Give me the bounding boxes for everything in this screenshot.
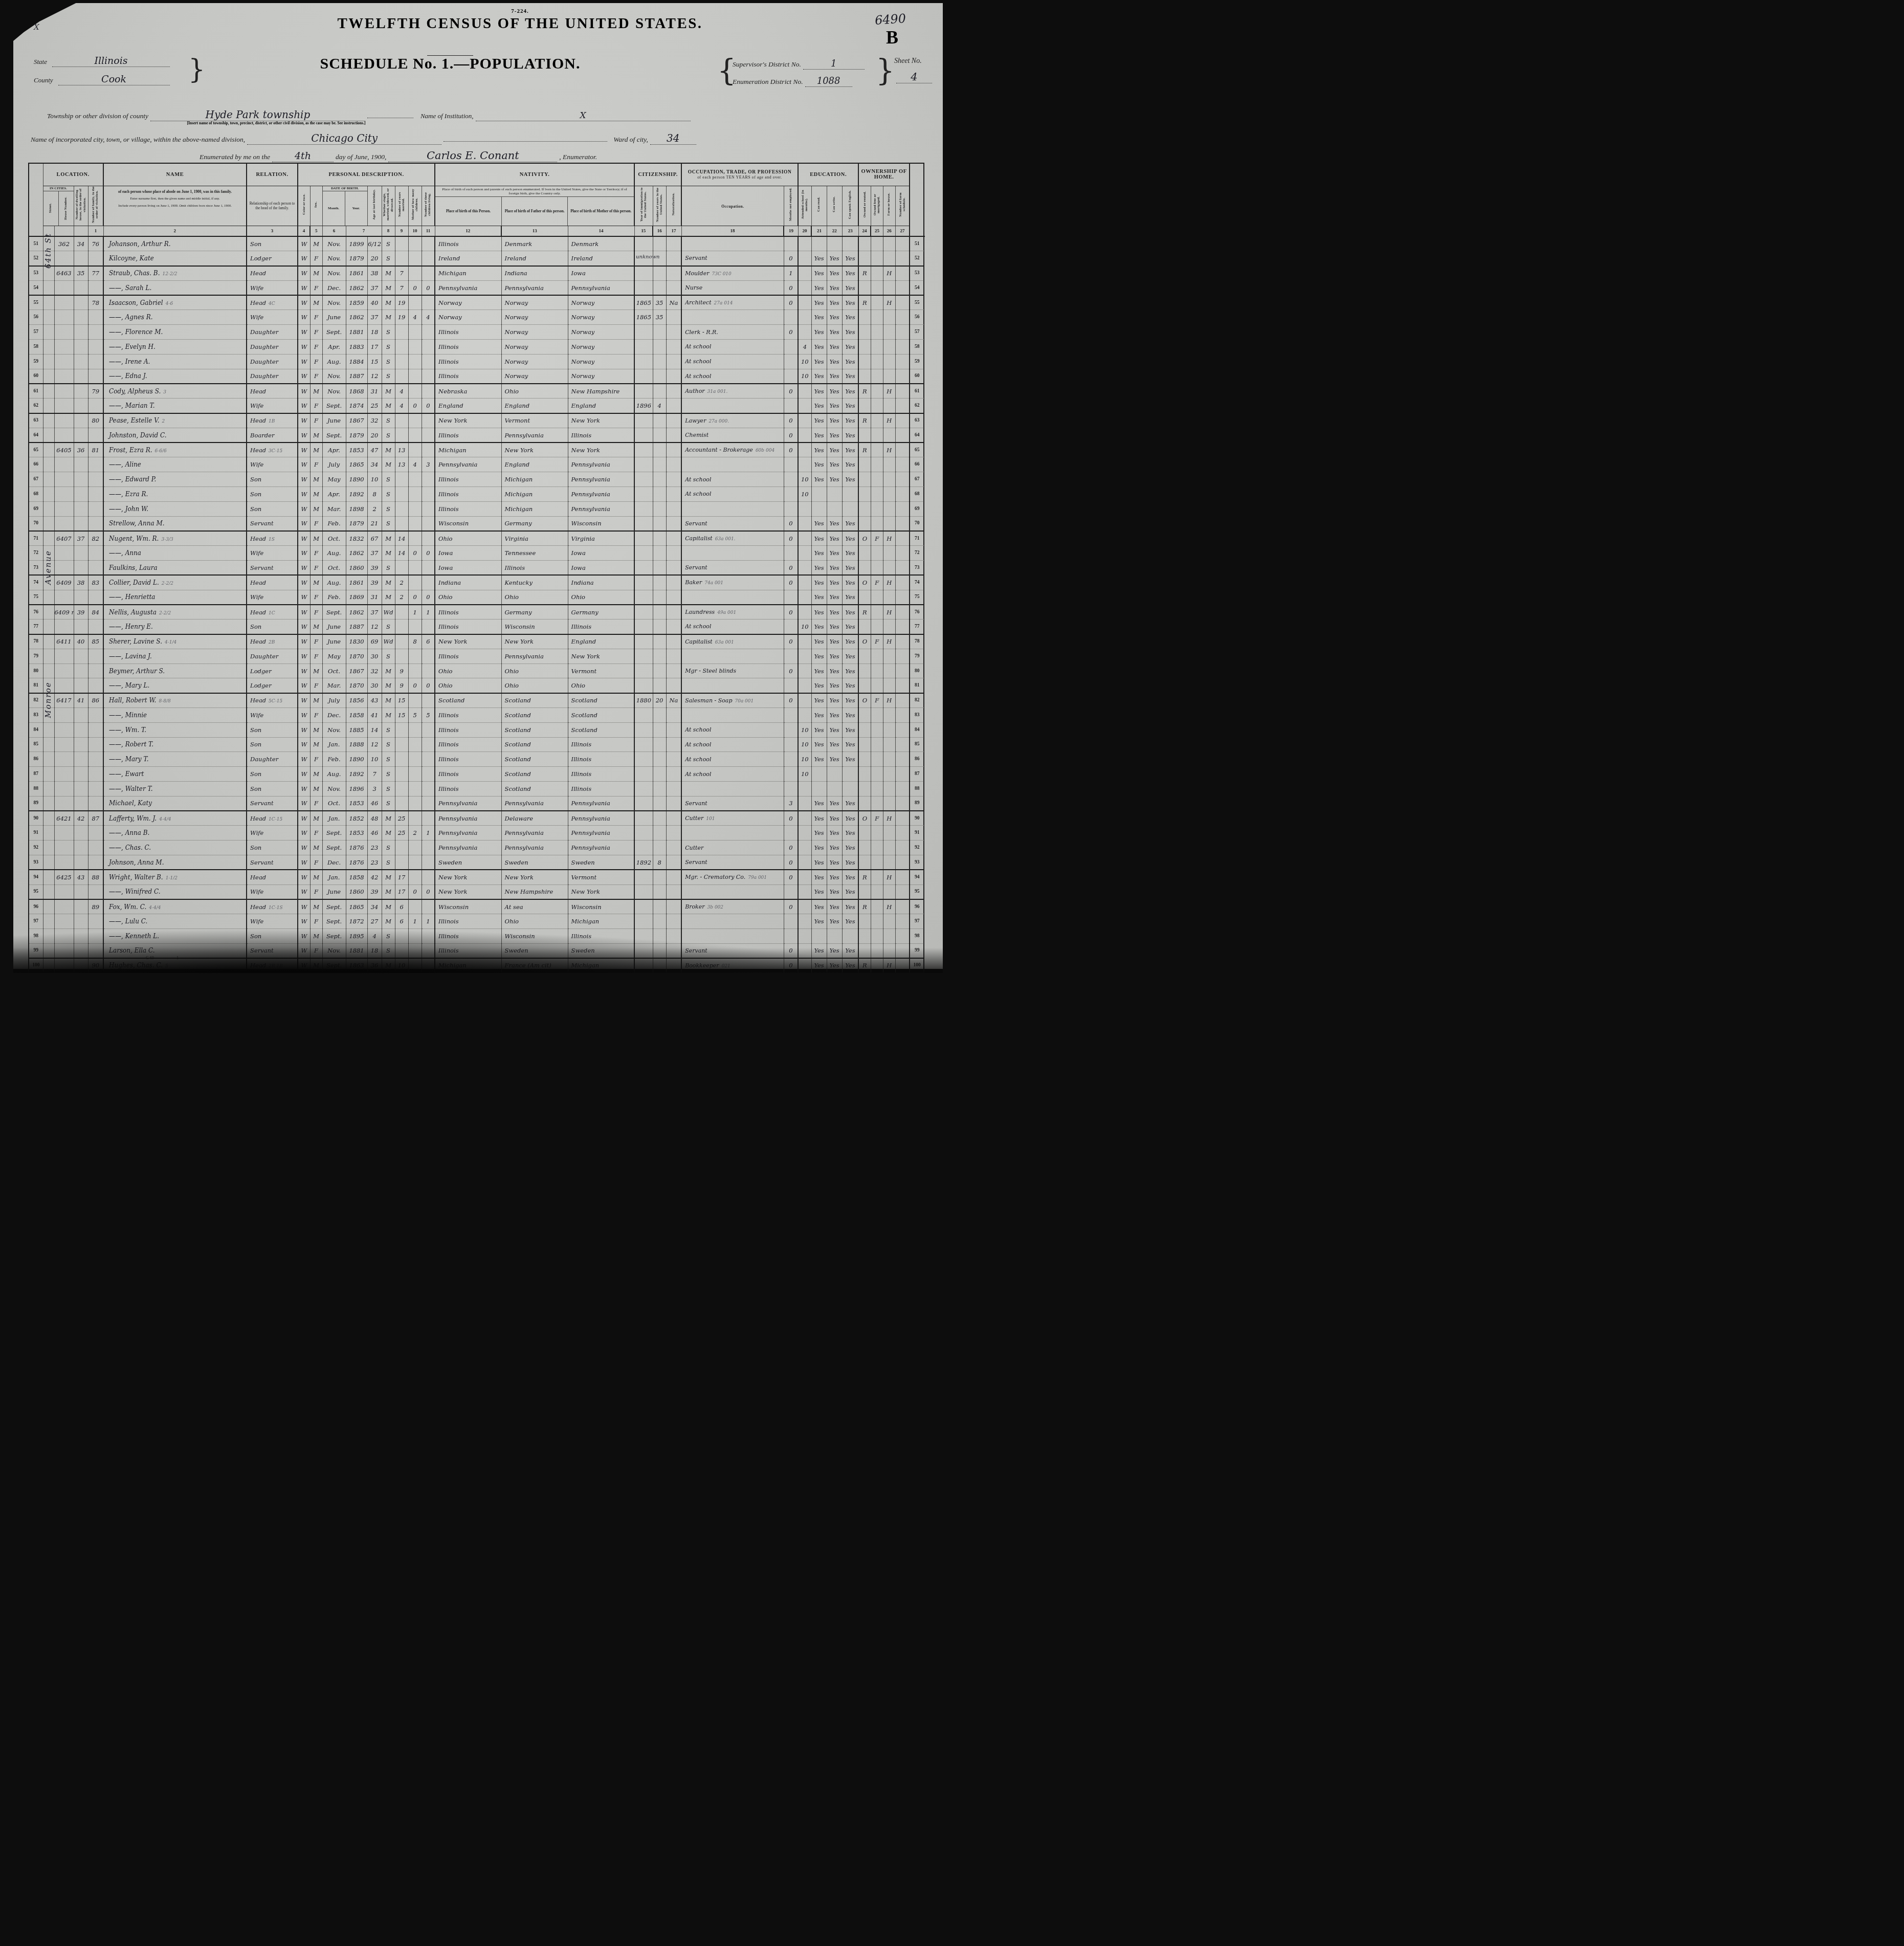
relation-desc: Relationship of each person to the head …	[247, 186, 298, 226]
cell-st	[43, 399, 54, 413]
cell-s: F	[310, 590, 322, 605]
cell-p3: Wisconsin	[568, 516, 634, 531]
cell-mc	[408, 664, 422, 678]
cell-d	[74, 620, 88, 634]
cell-ym: 7	[395, 280, 408, 295]
cell-f	[88, 457, 103, 472]
cell-cl: 4	[422, 310, 435, 325]
cell-o4	[895, 737, 910, 752]
cell-iy	[634, 457, 653, 472]
cell-ms: S	[382, 649, 395, 664]
cell-o4	[895, 561, 910, 576]
cell-p1: Illinois	[435, 928, 501, 943]
cell-cl	[422, 943, 435, 958]
footer-form-code: C-69	[146, 956, 154, 960]
cell-ym: 2	[395, 590, 408, 605]
cell-o1	[858, 516, 871, 531]
cell-en: Yes	[842, 295, 858, 310]
cell-ym	[395, 634, 408, 649]
cell-p2: Norway	[501, 325, 568, 340]
cell-d: 40	[74, 634, 88, 649]
cell-yu	[653, 870, 666, 884]
cell-yu	[653, 649, 666, 664]
cell-f	[88, 251, 103, 266]
cell-nm: ——, Marian T.	[103, 399, 247, 413]
cell-o1	[858, 590, 871, 605]
table-row: 59——, Irene A.DaughterWFAug.188415SIllin…	[29, 354, 924, 369]
cell-st	[43, 767, 54, 782]
cell-iy	[634, 767, 653, 782]
cell-cl	[422, 384, 435, 399]
cell-ym	[395, 781, 408, 796]
cell-n: 95	[29, 884, 43, 899]
cell-ne	[784, 369, 798, 384]
cell-ms: M	[382, 280, 395, 295]
table-row: 72——, AnnaWifeWFAug.186237M1400IowaTenne…	[29, 546, 924, 561]
cell-mo: Sept.	[322, 826, 346, 841]
cell-p3: Norway	[568, 325, 634, 340]
cell-o3	[883, 561, 895, 576]
cell-n: 55	[29, 295, 43, 310]
cell-mc	[408, 354, 422, 369]
cell-rd: Yes	[811, 870, 827, 884]
cell-st	[43, 811, 54, 826]
cell-o3	[883, 487, 895, 502]
cell-iy	[634, 752, 653, 767]
cell-wr: Yes	[827, 605, 842, 620]
cell-n2: 100	[910, 958, 924, 973]
cell-n: 100	[29, 958, 43, 973]
cell-n: 91	[29, 826, 43, 841]
cell-sc	[798, 678, 811, 693]
cell-o2	[871, 369, 883, 384]
cell-ne	[784, 546, 798, 561]
nativity-desc: Place of birth of each person and parent…	[435, 186, 634, 226]
cell-h: 6405	[54, 443, 74, 457]
state-field: State Illinois	[34, 55, 170, 67]
cell-en	[842, 767, 858, 782]
cell-p3: Sweden	[568, 855, 634, 870]
table-row: 83——, MinnieWifeWFDec.185841M1555Illinoi…	[29, 708, 924, 723]
cell-st	[43, 722, 54, 737]
cell-o3: H	[883, 958, 895, 973]
cell-oc	[681, 236, 784, 251]
cell-o3	[883, 310, 895, 325]
cell-iy: 1865	[634, 310, 653, 325]
cell-oc: At school	[681, 472, 784, 487]
cell-nm: Straub, Chas. B.12-2/2	[103, 266, 247, 281]
table-row: 766409 r3984Nellis, Augusta2-2/2Head1CWF…	[29, 605, 924, 620]
cell-ag: 23	[367, 855, 382, 870]
cell-cl	[422, 752, 435, 767]
cell-ms: S	[382, 781, 395, 796]
cell-p1: Pennsylvania	[435, 811, 501, 826]
cell-s: F	[310, 413, 322, 428]
cell-n: 75	[29, 590, 43, 605]
col-number-p1: 13	[501, 226, 568, 236]
cell-p2: France (Am cit)	[501, 958, 568, 973]
cell-d: 37	[74, 531, 88, 546]
cell-ne: 0	[784, 841, 798, 855]
cell-p2: Ohio	[501, 678, 568, 693]
cell-f	[88, 546, 103, 561]
cell-mc	[408, 266, 422, 281]
cell-yu	[653, 531, 666, 546]
cell-na	[666, 767, 681, 782]
cell-mo: Oct.	[322, 531, 346, 546]
cell-rel: Head1S	[247, 531, 298, 546]
cell-s: M	[310, 928, 322, 943]
dob-header: DATE OF BIRTH. Month. Year.	[322, 186, 367, 226]
cell-mc	[408, 340, 422, 355]
cell-f	[88, 310, 103, 325]
table-row: 73Faulkins, LauraServantWFOct.186039SIow…	[29, 561, 924, 576]
cell-n2: 99	[910, 943, 924, 958]
cell-p2: Vermont	[501, 413, 568, 428]
cell-h	[54, 487, 74, 502]
township-label: Township or other division of county	[47, 112, 148, 120]
cell-ne: 0	[784, 664, 798, 678]
cell-p3: Illinois	[568, 781, 634, 796]
cell-p2: At sea	[501, 899, 568, 914]
cell-sc	[798, 251, 811, 266]
cell-ne	[784, 501, 798, 516]
cell-n2: 91	[910, 826, 924, 841]
cell-cl	[422, 841, 435, 855]
cell-d	[74, 781, 88, 796]
cell-p3: Pennsylvania	[568, 487, 634, 502]
cell-c: W	[298, 870, 310, 884]
cell-n: 97	[29, 914, 43, 929]
group-occupation-title: OCCUPATION, TRADE, OR PROFESSION	[682, 170, 798, 175]
cell-c: W	[298, 266, 310, 281]
cell-oc: Mgr - Steel blinds	[681, 664, 784, 678]
table-row: 69——, John W.SonWMMar.18982SIllinoisMich…	[29, 501, 924, 516]
cell-nm: ——, Lulu C.	[103, 914, 247, 929]
cell-na	[666, 457, 681, 472]
cell-f	[88, 428, 103, 443]
cell-rel: Head2R 1B	[247, 958, 298, 973]
living-col-label: Number of these children living.	[422, 186, 435, 226]
cell-st	[43, 870, 54, 884]
cell-en: Yes	[842, 340, 858, 355]
cell-s: M	[310, 811, 322, 826]
cell-p1: Pennsylvania	[435, 826, 501, 841]
cell-oc: Chemist	[681, 428, 784, 443]
col-number-b: 7	[346, 226, 382, 236]
cell-sc: 10	[798, 472, 811, 487]
cell-rel: Lodger	[247, 251, 298, 266]
cell-yu	[653, 620, 666, 634]
cell-rel: Wife	[247, 590, 298, 605]
cell-mo: Mar.	[322, 678, 346, 693]
cell-p1: Ohio	[435, 664, 501, 678]
cell-ag: 12	[367, 737, 382, 752]
cell-cl	[422, 737, 435, 752]
enumeration-field: Enumeration District No. 1088	[733, 76, 852, 87]
cell-ne	[784, 354, 798, 369]
cell-p3: Ireland	[568, 251, 634, 266]
col-number-mc: 11	[422, 226, 435, 236]
cell-nm: Michael, Katy	[103, 796, 247, 811]
cell-iy	[634, 428, 653, 443]
cell-c: W	[298, 664, 310, 678]
cell-p3: Scotland	[568, 722, 634, 737]
farmhouse-col-label: Farm or house.	[883, 186, 895, 226]
cell-f	[88, 649, 103, 664]
cell-p1: Illinois	[435, 472, 501, 487]
cell-ne: 0	[784, 251, 798, 266]
cell-iy: unknown	[634, 251, 653, 266]
cell-cl: 3	[422, 457, 435, 472]
cell-nm: Lafferty, Wm. J.4-4/4	[103, 811, 247, 826]
cell-iy	[634, 914, 653, 929]
cell-iy	[634, 899, 653, 914]
cell-ag: 67	[367, 531, 382, 546]
cell-n2: 95	[910, 884, 924, 899]
cell-na	[666, 914, 681, 929]
cell-n2: 55	[910, 295, 924, 310]
cell-na	[666, 546, 681, 561]
cell-iy	[634, 413, 653, 428]
cell-iy	[634, 369, 653, 384]
cell-f	[88, 487, 103, 502]
cell-na	[666, 781, 681, 796]
cell-o2	[871, 767, 883, 782]
cell-na: Na	[666, 693, 681, 708]
cell-f	[88, 767, 103, 782]
cell-o4	[895, 457, 910, 472]
cell-yr: 1860	[346, 561, 367, 576]
cell-o3	[883, 796, 895, 811]
immigration-col-label: Year of immigration to the United States…	[634, 186, 653, 226]
pob-mother-label: Place of birth of Mother of this person.	[567, 197, 634, 226]
cell-d	[74, 340, 88, 355]
cell-c: W	[298, 796, 310, 811]
cell-na	[666, 399, 681, 413]
cell-f	[88, 796, 103, 811]
cell-o3	[883, 664, 895, 678]
cell-st	[43, 354, 54, 369]
group-occupation: OCCUPATION, TRADE, OR PROFESSION of each…	[681, 163, 798, 186]
cell-en: Yes	[842, 605, 858, 620]
cell-ne: 0	[784, 384, 798, 399]
cell-n2: 54	[910, 280, 924, 295]
cell-ms: Wd	[382, 605, 395, 620]
cell-mo: June	[322, 634, 346, 649]
cell-yr: 1853	[346, 796, 367, 811]
cell-oc: Servant	[681, 561, 784, 576]
cell-ym	[395, 722, 408, 737]
cell-o1	[858, 369, 871, 384]
cell-d	[74, 487, 88, 502]
cell-o1: R	[858, 384, 871, 399]
cell-c: W	[298, 884, 310, 899]
cell-wr: Yes	[827, 266, 842, 281]
cell-en: Yes	[842, 855, 858, 870]
cell-o1	[858, 752, 871, 767]
cell-s: F	[310, 796, 322, 811]
cell-yu	[653, 590, 666, 605]
cell-yu	[653, 605, 666, 620]
cell-ms: S	[382, 325, 395, 340]
cell-yu	[653, 354, 666, 369]
cell-p2: Ohio	[501, 590, 568, 605]
cell-wr: Yes	[827, 457, 842, 472]
cell-ms: S	[382, 369, 395, 384]
cell-s: F	[310, 280, 322, 295]
cell-o1: R	[858, 266, 871, 281]
cell-n: 78	[29, 634, 43, 649]
cell-na	[666, 708, 681, 723]
cell-rd	[811, 767, 827, 782]
cell-mc	[408, 841, 422, 855]
cell-ms: M	[382, 531, 395, 546]
cell-o2	[871, 928, 883, 943]
cell-rel: Son	[247, 472, 298, 487]
cell-en: Yes	[842, 310, 858, 325]
cell-na	[666, 310, 681, 325]
cell-n: 54	[29, 280, 43, 295]
table-row: 6380Pease, Estelle V.2Head1BWFJune186732…	[29, 413, 924, 428]
cell-en: Yes	[842, 958, 858, 973]
cell-rd: Yes	[811, 325, 827, 340]
cell-ne	[784, 340, 798, 355]
cell-yu	[653, 428, 666, 443]
cell-wr: Yes	[827, 678, 842, 693]
cell-oc	[681, 678, 784, 693]
cell-n: 94	[29, 870, 43, 884]
cell-cl	[422, 295, 435, 310]
cell-o1	[858, 457, 871, 472]
cell-s: M	[310, 428, 322, 443]
cell-nm: ——, Winifred C.	[103, 884, 247, 899]
cell-d: 35	[74, 266, 88, 281]
cell-o1	[858, 280, 871, 295]
cell-p2: New Hampshire	[501, 884, 568, 899]
cell-st	[43, 855, 54, 870]
cell-o3: H	[883, 295, 895, 310]
cell-f	[88, 340, 103, 355]
cell-o4	[895, 590, 910, 605]
cell-sc	[798, 811, 811, 826]
cell-yr: 1865	[346, 899, 367, 914]
cell-nm: ——, Anna B.	[103, 826, 247, 841]
cell-o2	[871, 781, 883, 796]
cell-p1: Illinois	[435, 340, 501, 355]
cell-o1	[858, 943, 871, 958]
cell-cl	[422, 649, 435, 664]
cell-cl	[422, 487, 435, 502]
cell-cl	[422, 501, 435, 516]
cell-yr: 1859	[346, 295, 367, 310]
cell-cl	[422, 516, 435, 531]
cell-mo: June	[322, 413, 346, 428]
cell-oc	[681, 708, 784, 723]
cell-yu	[653, 811, 666, 826]
cell-nm: Strellow, Anna M.	[103, 516, 247, 531]
cell-yr: 1862	[346, 546, 367, 561]
cell-mc	[408, 472, 422, 487]
cell-mc: 0	[408, 280, 422, 295]
cell-o4	[895, 678, 910, 693]
cell-oc: Moulder73C 010	[681, 266, 784, 281]
cell-ym: 13	[395, 457, 408, 472]
cell-oc	[681, 310, 784, 325]
table-row: 77——, Henry E.SonWMJune188712SIllinoisWi…	[29, 620, 924, 634]
cell-yu	[653, 781, 666, 796]
cell-c: W	[298, 914, 310, 929]
cell-h	[54, 561, 74, 576]
cell-na	[666, 737, 681, 752]
cell-st	[43, 620, 54, 634]
cell-o3	[883, 325, 895, 340]
cell-p3: Wisconsin	[568, 899, 634, 914]
table-row: 66——, AlineWifeWFJuly186534M1343Pennsylv…	[29, 457, 924, 472]
col-number-o1: 25	[871, 226, 883, 236]
cell-p2: Pennsylvania	[501, 280, 568, 295]
cell-sc	[798, 841, 811, 855]
cell-ne	[784, 649, 798, 664]
cell-ag: 46	[367, 796, 382, 811]
cell-p1: Nebraska	[435, 384, 501, 399]
cell-p2: Ohio	[501, 914, 568, 929]
cell-p3: Pennsylvania	[568, 280, 634, 295]
cell-ne: 1	[784, 266, 798, 281]
cell-cl	[422, 767, 435, 782]
cell-p3: Vermont	[568, 664, 634, 678]
cell-p1: Illinois	[435, 487, 501, 502]
cell-yr: 1853	[346, 826, 367, 841]
cell-o1	[858, 310, 871, 325]
table-row: 86——, Mary T.DaughterWFFeb.189010SIllino…	[29, 752, 924, 767]
cell-yr: 1872	[346, 914, 367, 929]
incities-label: IN CITIES.	[43, 186, 74, 191]
cell-o4	[895, 280, 910, 295]
page-letter: B	[886, 27, 898, 48]
cell-wr: Yes	[827, 384, 842, 399]
cell-yu	[653, 501, 666, 516]
enumerated-suffix: , Enumerator.	[559, 153, 597, 161]
cell-mo: Nov.	[322, 384, 346, 399]
cell-na	[666, 722, 681, 737]
school-col-label: Attended school (in months).	[798, 186, 811, 226]
brace-district-close: }	[876, 53, 895, 88]
cell-o2	[871, 796, 883, 811]
cell-p2: Germany	[501, 605, 568, 620]
cell-mo: Aug.	[322, 767, 346, 782]
cell-o1	[858, 649, 871, 664]
cell-na	[666, 266, 681, 281]
cell-s: F	[310, 325, 322, 340]
cell-ag: 37	[367, 310, 382, 325]
cell-sc: 4	[798, 340, 811, 355]
cell-iy	[634, 472, 653, 487]
cell-oc: Servant	[681, 251, 784, 266]
cell-nm: Frost, Ezra R.6-6/6	[103, 443, 247, 457]
cell-o3	[883, 855, 895, 870]
cell-en: Yes	[842, 811, 858, 826]
cell-cl	[422, 369, 435, 384]
cell-sc: 10	[798, 620, 811, 634]
cell-h	[54, 590, 74, 605]
cell-mc	[408, 443, 422, 457]
cell-c: W	[298, 575, 310, 590]
cell-o1	[858, 664, 871, 678]
cell-yu	[653, 384, 666, 399]
marital-col-label: Whether single, married, widowed, or div…	[382, 186, 395, 226]
cell-yr: 1830	[346, 634, 367, 649]
